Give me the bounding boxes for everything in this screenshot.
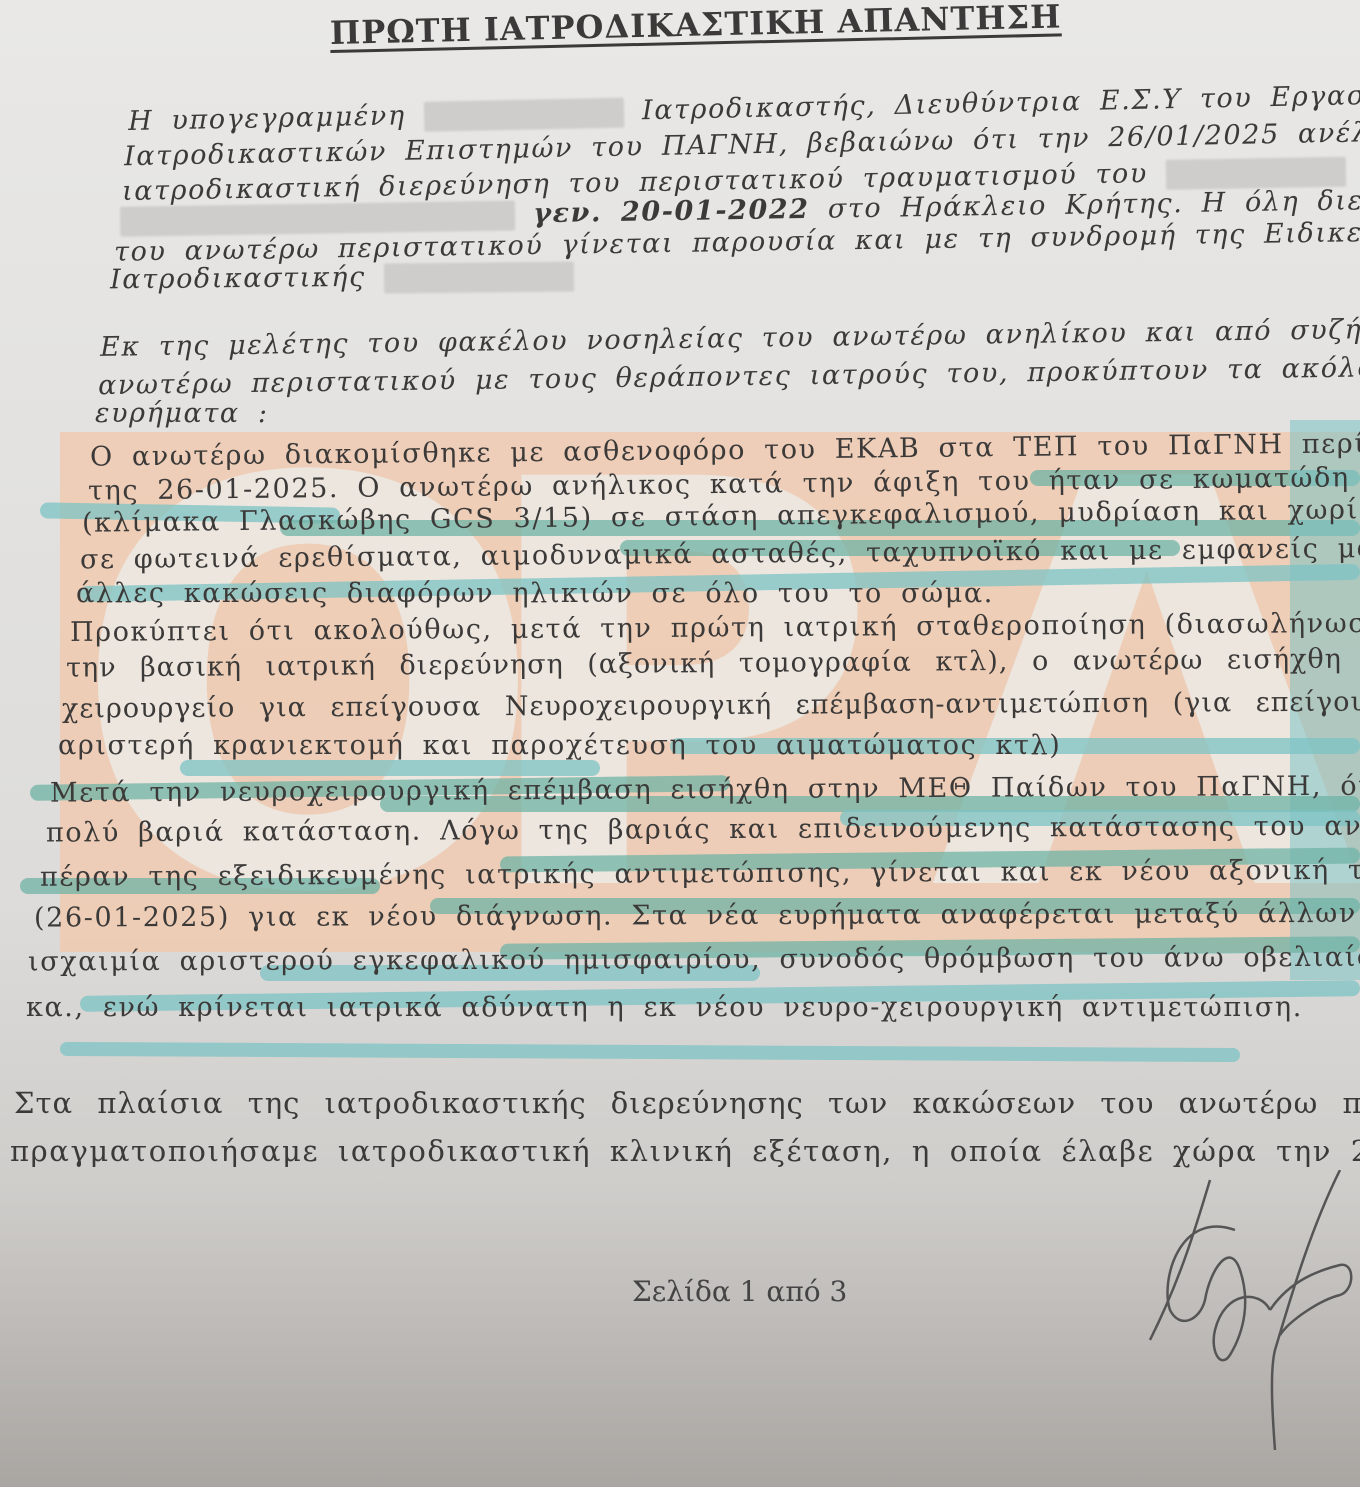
intro-text: Η υπογεγραμμένη: [128, 100, 406, 137]
signature-icon: [1140, 1170, 1360, 1450]
finding-line: ισχαιμία αριστερού εγκεφαλικού ημισφαιρί…: [28, 942, 1360, 978]
finding-line: κα., ενώ κρίνεται ιατρικά αδύνατη η εκ ν…: [26, 992, 1303, 1023]
birth-date: γεν. 20-01-2022: [533, 194, 810, 229]
document-page: Ο Ρ Λ ΠΡΩΤΗ ΙΑΤΡΟΔΙΚΑΣΤΙΚΗ ΑΠΑΝΤΗΣΗ Η υπ…: [0, 0, 1360, 1487]
document-title: ΠΡΩΤΗ ΙΑΤΡΟΔΙΚΑΣΤΙΚΗ ΑΠΑΝΤΗΣΗ: [330, 0, 1062, 52]
page-number: Σελίδα 1 από 3: [632, 1275, 847, 1308]
redacted-name: [1166, 156, 1346, 189]
highlight-streak: [60, 1042, 1240, 1062]
finding-line: άλλες κακώσεις διαφόρων ηλικιών σε όλο τ…: [76, 578, 994, 609]
intro-text: Ιατροδικαστικής: [110, 262, 366, 296]
finding-line: (26-01-2025) για εκ νέου διάγνωση. Στα ν…: [34, 897, 1360, 933]
closing-line: Στα πλαίσια της ιατροδικαστικής διερεύνη…: [14, 1086, 1360, 1120]
finding-line: αριστερή κρανιεκτομή και παροχέτευση του…: [58, 730, 1061, 761]
closing-line: πραγματοποιήσαμε ιατροδικαστική κλινική …: [10, 1134, 1360, 1168]
redacted-name: [424, 97, 625, 131]
intro-line-6: Ιατροδικαστικής: [110, 260, 574, 296]
highlight-streak: [180, 760, 600, 776]
redacted-name: [384, 261, 574, 293]
findings-intro-line-3: ευρήματα :: [95, 398, 269, 429]
